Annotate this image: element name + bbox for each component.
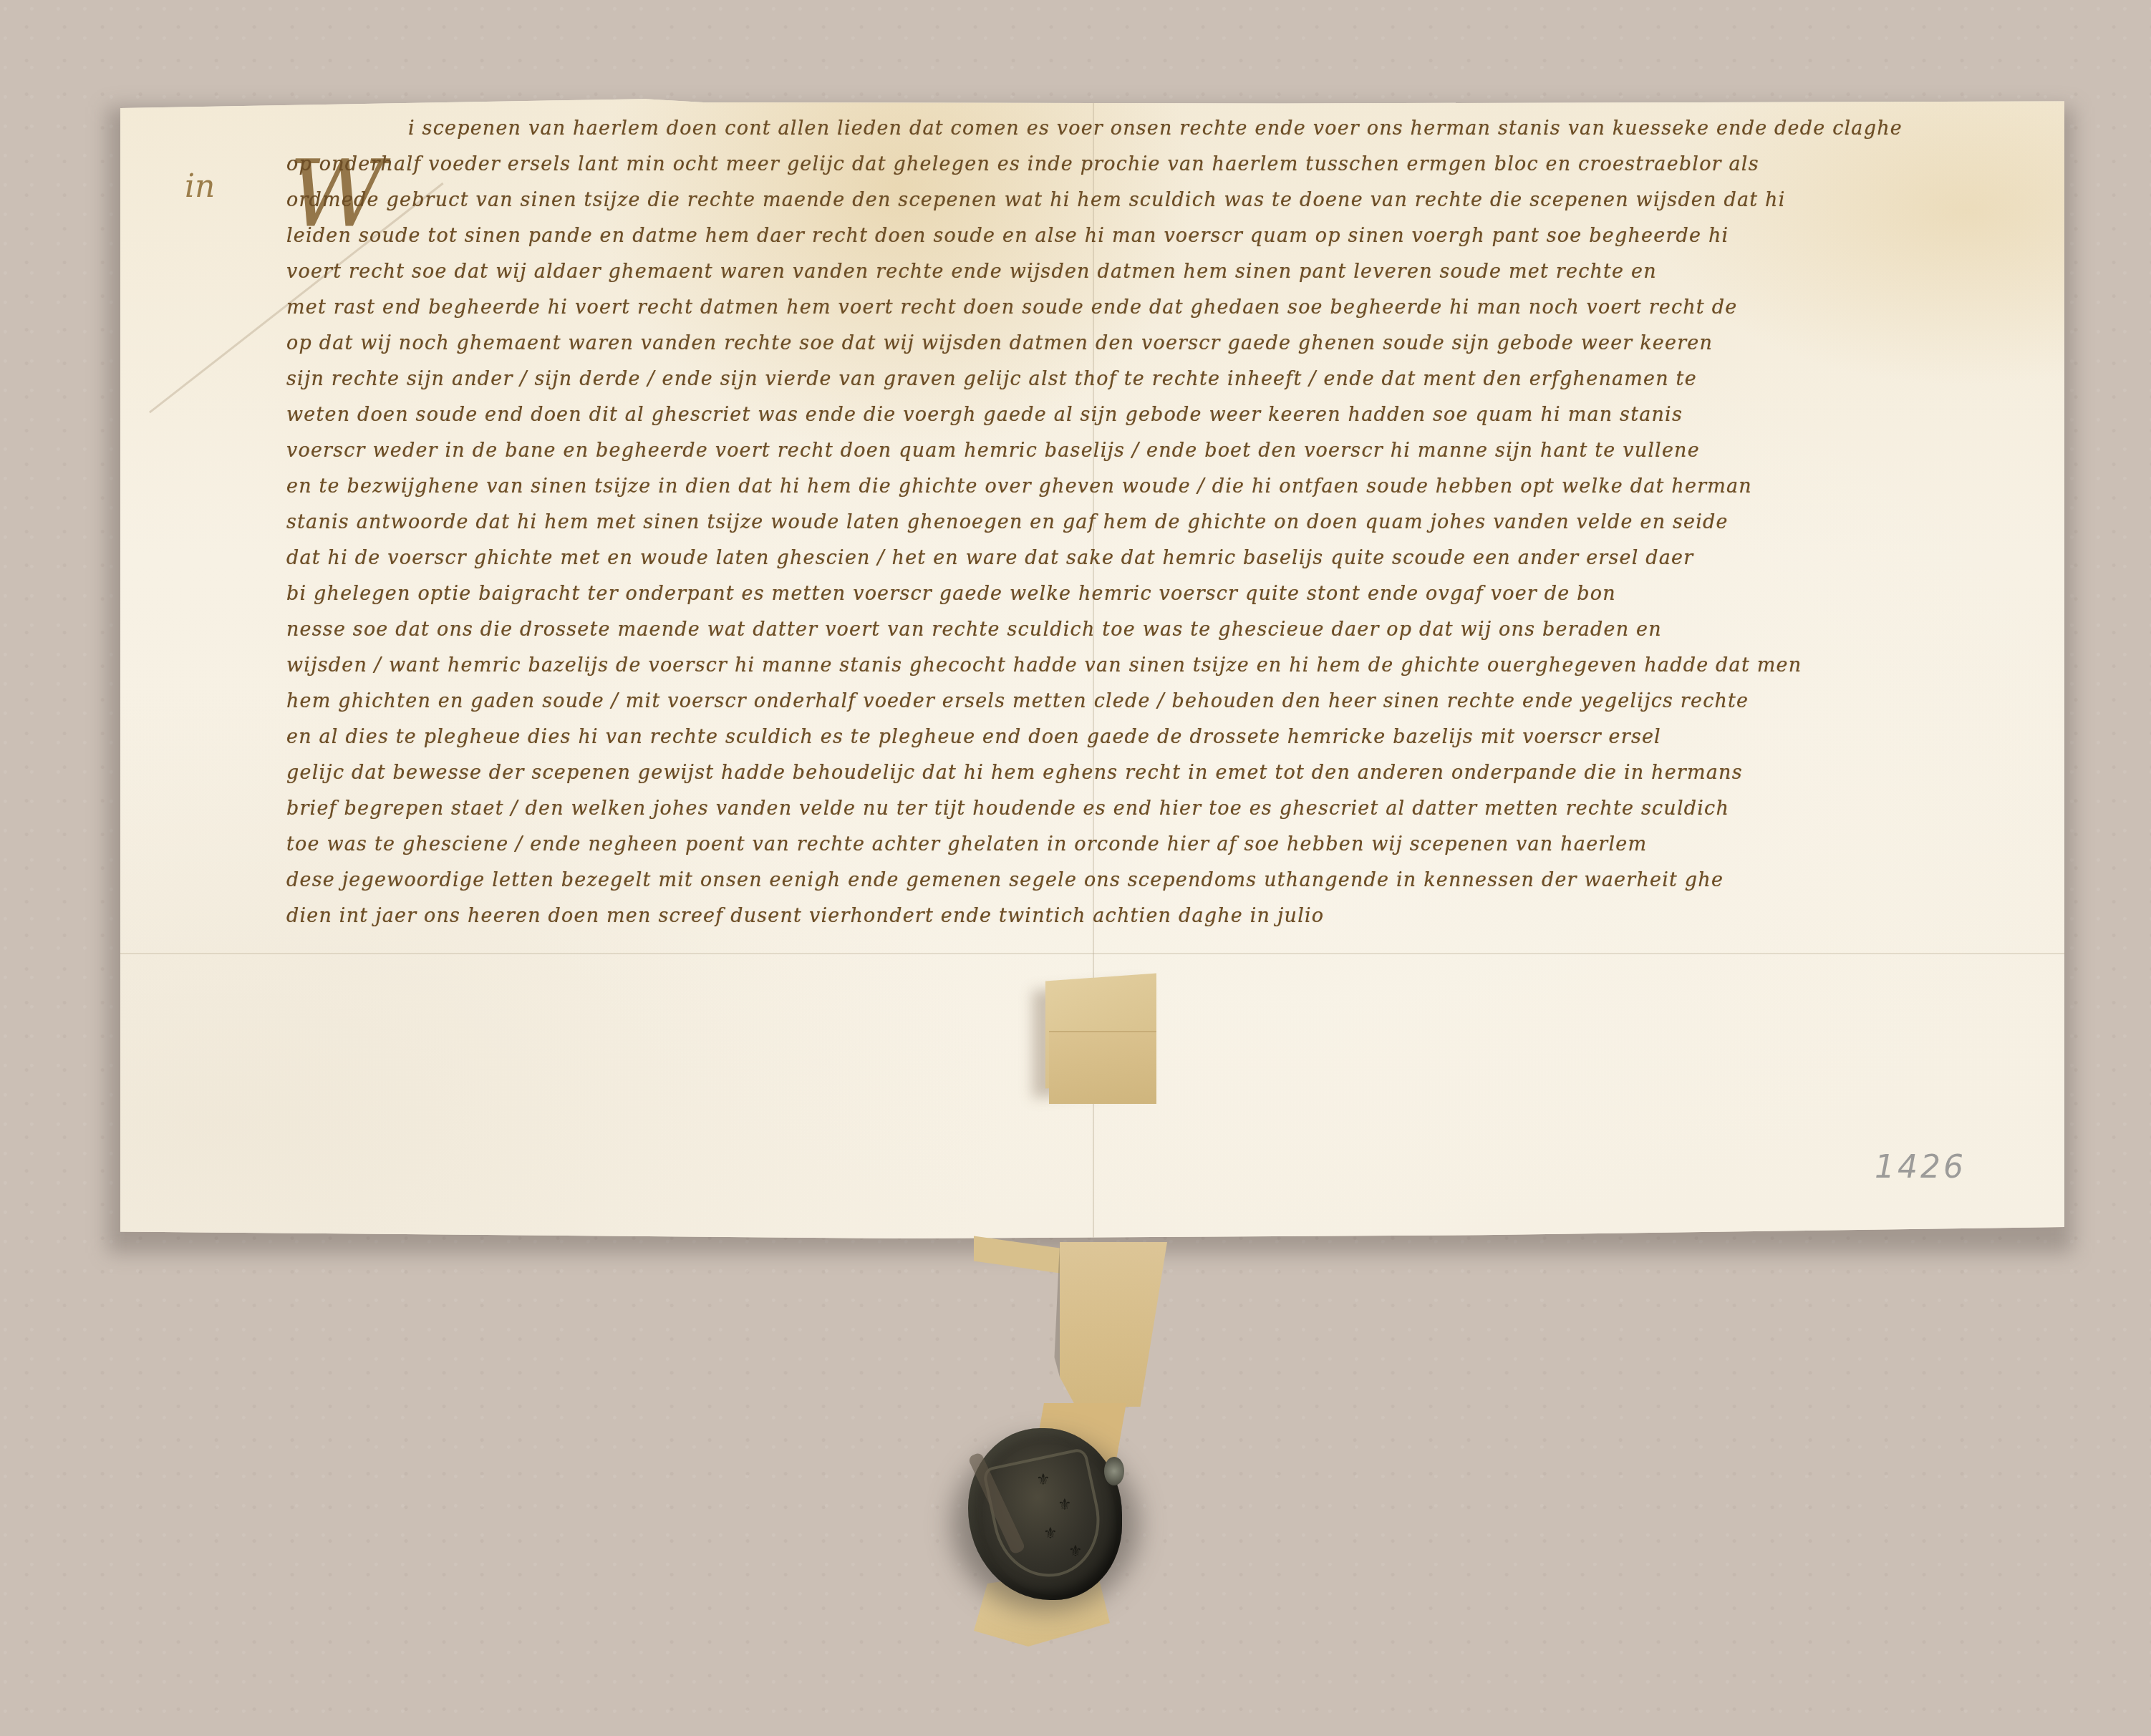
text-line: wijsden / want hemric bazelijs de voersc… [286, 648, 2041, 684]
text-line: op dat wij noch ghemaent waren vanden re… [286, 326, 2041, 362]
text-line: gelijc dat bewesse der scepenen gewijst … [286, 755, 2041, 791]
archive-number: 1426 [1875, 1149, 1966, 1185]
text-line: en te bezwijghene van sinen tsijze in di… [286, 469, 2041, 505]
fleur-de-lis-icon: ⚜ [1036, 1471, 1050, 1489]
text-line: op onderhalf voeder ersels lant min ocht… [286, 147, 2041, 183]
text-line: leiden soude tot sinen pande en datme he… [286, 218, 2041, 254]
text-line: dat hi de voerscr ghichte met en woude l… [286, 540, 2041, 576]
seal-wax-lip [1104, 1457, 1124, 1485]
fold-line-horizontal [120, 953, 2064, 954]
margin-mark: in [185, 168, 215, 205]
text-line: dese jegewoordige letten bezegelt mit on… [286, 863, 2041, 898]
text-line: sijn rechte sijn ander / sijn derde / en… [286, 362, 2041, 397]
fleur-de-lis-icon: ⚜ [1043, 1525, 1058, 1543]
text-line: stanis antwoorde dat hi hem met sinen ts… [286, 505, 2041, 540]
text-line: dien int jaer ons heeren doen men screef… [286, 898, 2041, 934]
text-line: i scepenen van haerlem doen cont allen l… [286, 111, 2041, 147]
text-line: hem ghichten en gaden soude / mit voersc… [286, 684, 2041, 719]
seal-tag-fold [1049, 1031, 1156, 1104]
text-line: ordmede gebruct van sinen tsijze die rec… [286, 183, 2041, 218]
text-line: weten doen soude end doen dit al ghescri… [286, 397, 2041, 433]
text-line: toe was te ghesciene / ende negheen poen… [286, 827, 2041, 863]
text-line: voerscr weder in de bane en begheerde vo… [286, 433, 2041, 469]
fleur-de-lis-icon: ⚜ [1068, 1543, 1083, 1561]
text-line: met rast end begheerde hi voert recht da… [286, 290, 2041, 326]
text-line: bi ghelegen optie baigracht ter onderpan… [286, 576, 2041, 612]
text-line: nesse soe dat ons die drossete maende wa… [286, 612, 2041, 648]
charter-text: i scepenen van haerlem doen cont allen l… [286, 111, 2041, 934]
seal-tag-strip [1060, 1242, 1167, 1407]
text-line: voert recht soe dat wij aldaer ghemaent … [286, 254, 2041, 290]
text-line: brief begrepen staet / den welken johes … [286, 791, 2041, 827]
fleur-de-lis-icon: ⚜ [1058, 1496, 1072, 1514]
text-line: en al dies te plegheue dies hi van recht… [286, 719, 2041, 755]
